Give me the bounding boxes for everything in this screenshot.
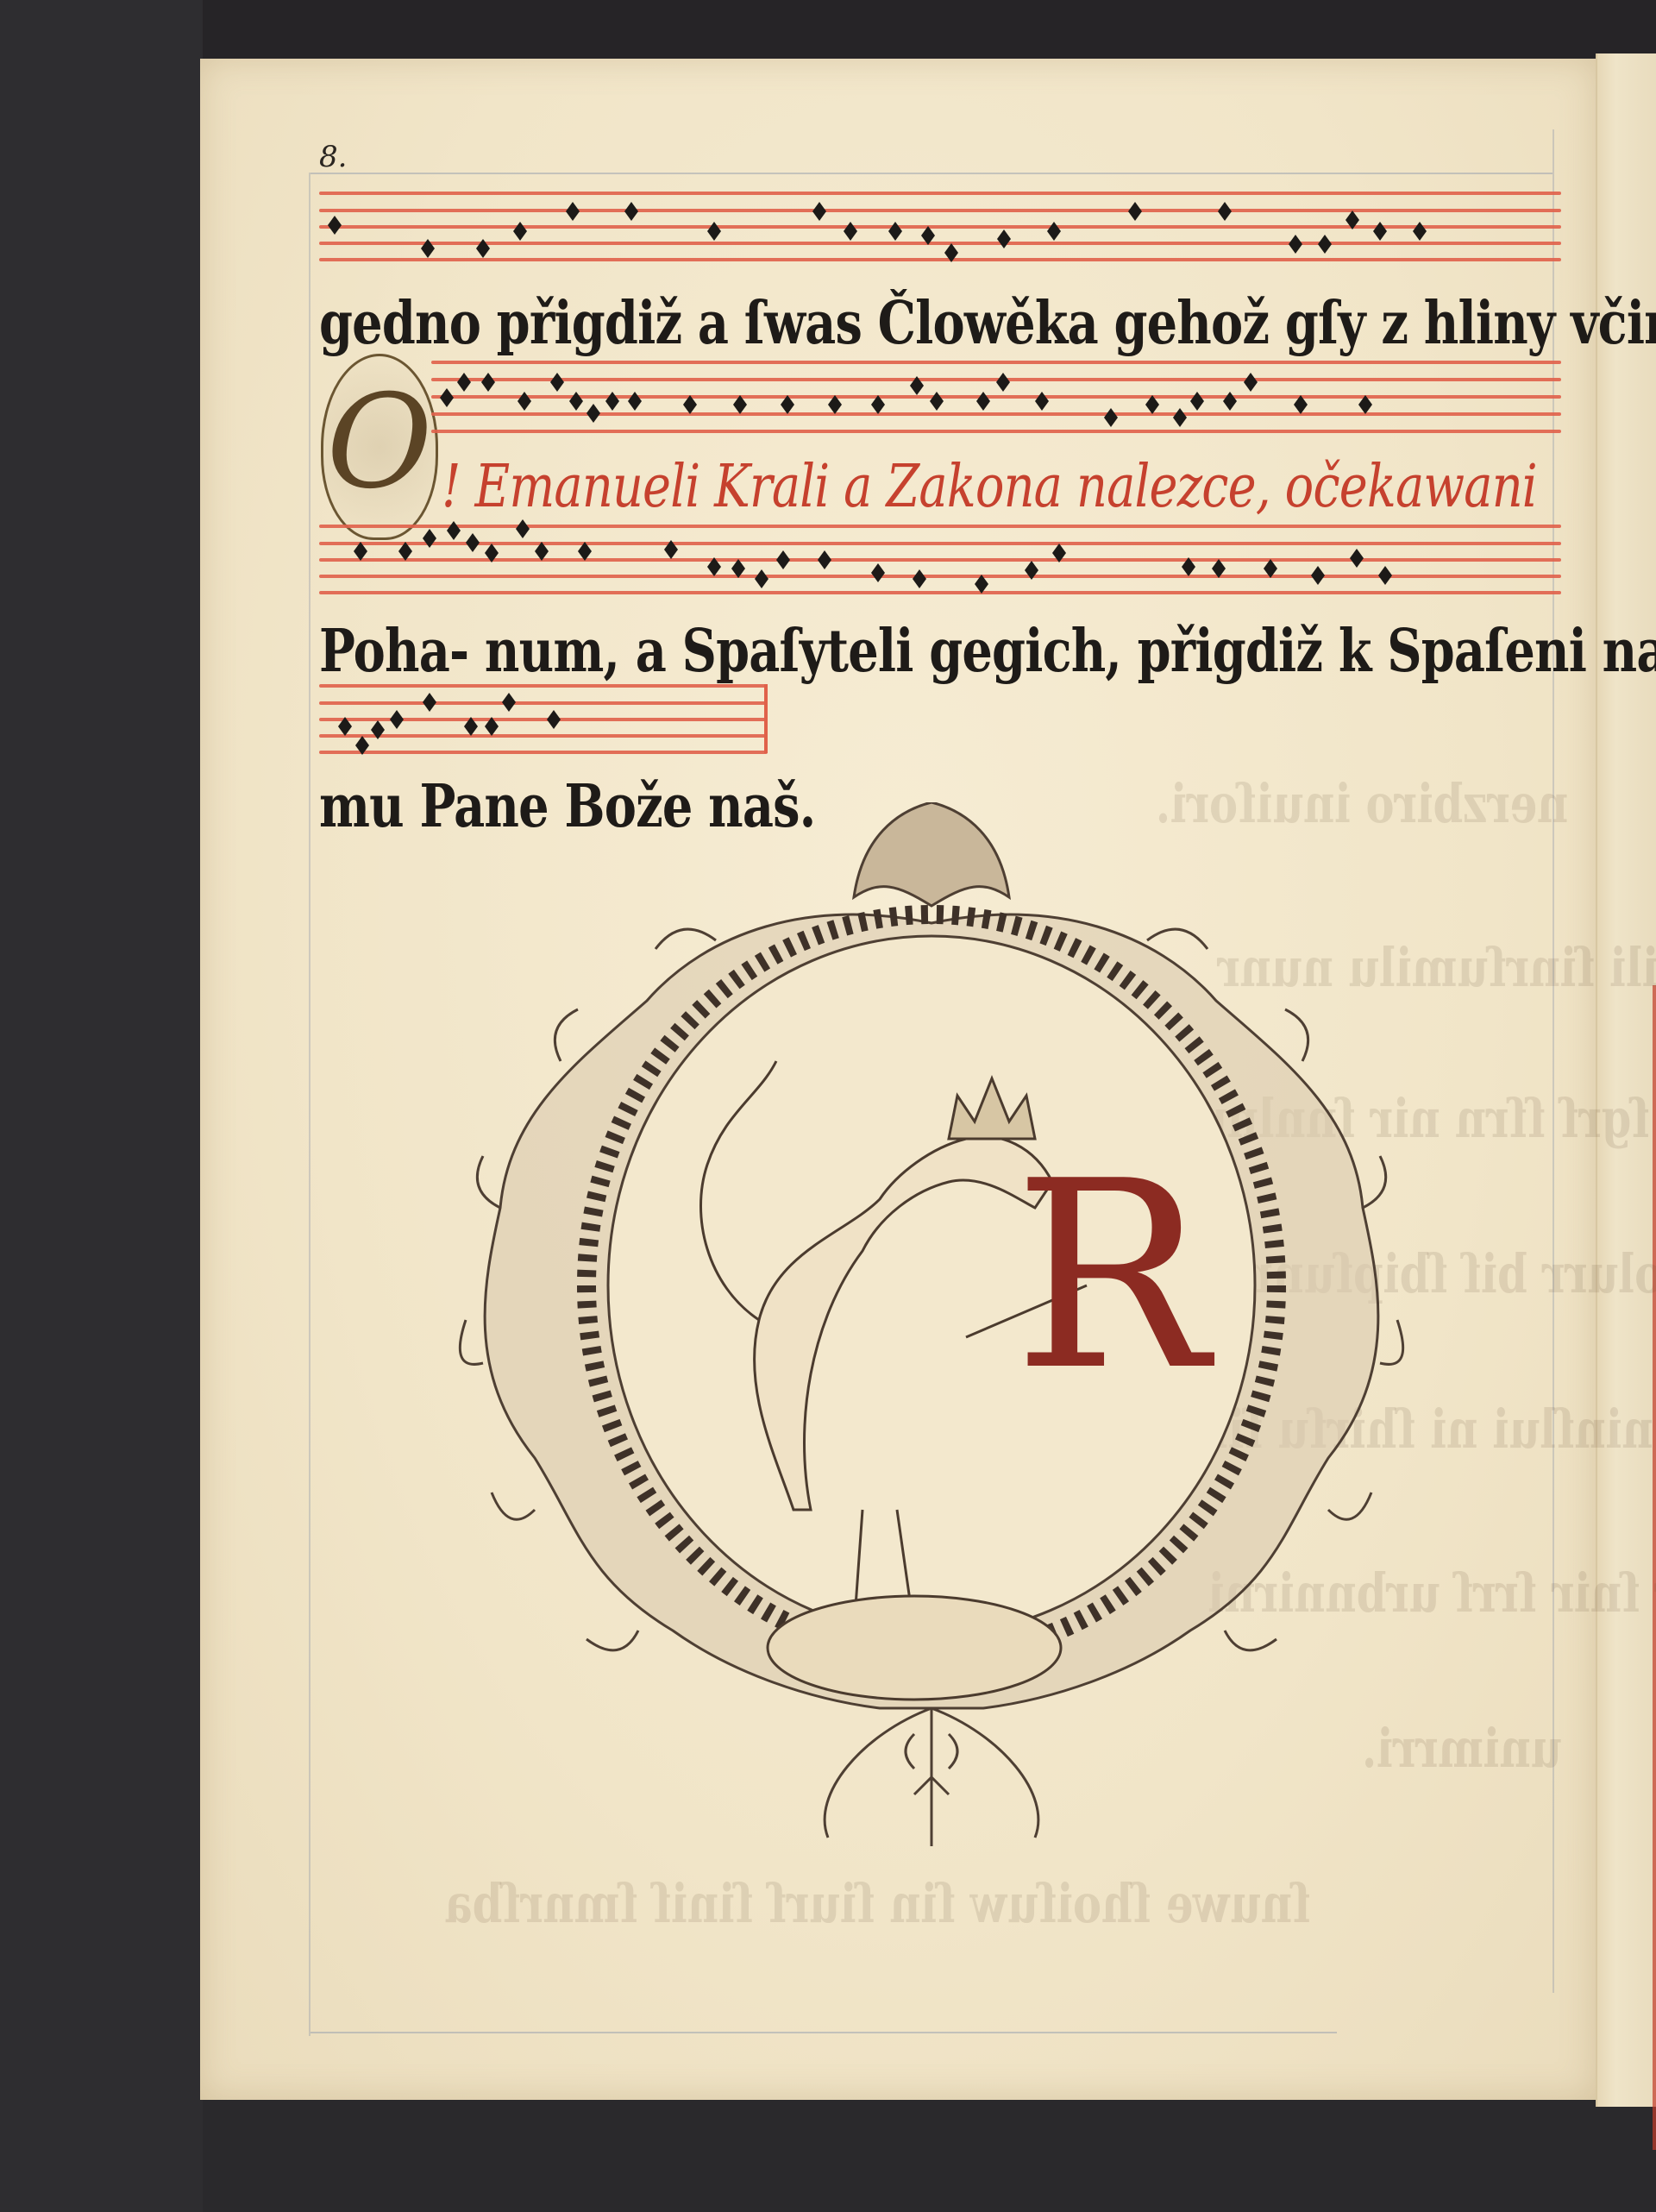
neume-note xyxy=(913,569,926,588)
grassy-mound xyxy=(768,1596,1061,1700)
scan-background-left xyxy=(0,0,203,2212)
neume-note xyxy=(1173,408,1187,427)
neume-note xyxy=(624,202,638,221)
neume-note xyxy=(755,569,768,588)
neume-note xyxy=(586,404,600,423)
neume-note xyxy=(423,693,436,712)
decorated-initial-o: O xyxy=(321,354,438,540)
crest-ornament xyxy=(854,802,1009,906)
neume-note xyxy=(466,533,480,552)
lyric-line-3: Poha- num, a Spaſyteli gegich, přigdiž k… xyxy=(319,617,1656,686)
scan-background-top xyxy=(203,0,1656,60)
fleur-de-lis-pendant xyxy=(906,1708,957,1846)
lion-cartouche-illustration xyxy=(448,802,1414,1846)
neume-note xyxy=(457,373,471,392)
neume-note xyxy=(1378,566,1392,585)
folio-number: 8. xyxy=(319,140,347,174)
scan-background-bottom xyxy=(203,2098,1656,2212)
music-staff-3 xyxy=(319,525,1561,594)
neume-note xyxy=(1350,549,1364,568)
neume-note xyxy=(566,202,580,221)
neume-note xyxy=(440,388,454,407)
neume-note xyxy=(328,216,342,235)
facing-page-edge xyxy=(1596,53,1656,2107)
neume-note xyxy=(812,202,826,221)
neume-note xyxy=(1289,235,1302,254)
neume-note xyxy=(996,373,1010,392)
neume-note xyxy=(1128,202,1142,221)
neume-note xyxy=(997,229,1011,248)
music-staff-1 xyxy=(319,192,1561,261)
lyric-line-1: gedno přigdiž a ſwas Člowěka gehož gſy z… xyxy=(319,289,1656,358)
music-staff-4 xyxy=(319,684,768,753)
neume-note xyxy=(1104,408,1118,427)
neume-note xyxy=(547,710,561,729)
lyric-line-2-rubric: ! Emanueli Krali a Zakona nalezce, očeka… xyxy=(442,453,1537,521)
neume-note xyxy=(1311,566,1325,585)
decorated-initial-r: R xyxy=(1013,1147,1208,1406)
ruling-line-bottom xyxy=(310,2032,1337,2033)
neume-note xyxy=(1244,373,1258,392)
neume-note xyxy=(390,710,404,729)
neume-note xyxy=(550,373,564,392)
neume-note xyxy=(481,373,495,392)
neume-note xyxy=(1318,235,1332,254)
ruling-line-top xyxy=(310,173,1552,174)
ruling-line-left xyxy=(309,173,310,2036)
bleed-through-line: ſnuwe ſhoiſuw ſin ſiurſ ſiniſ ſmnrſba xyxy=(445,1872,1311,1935)
neume-note xyxy=(776,550,790,569)
neume-note xyxy=(871,563,885,582)
neume-note xyxy=(1218,202,1232,221)
neume-note xyxy=(818,550,831,569)
music-staff-2 xyxy=(431,361,1561,433)
neume-note xyxy=(502,693,516,712)
